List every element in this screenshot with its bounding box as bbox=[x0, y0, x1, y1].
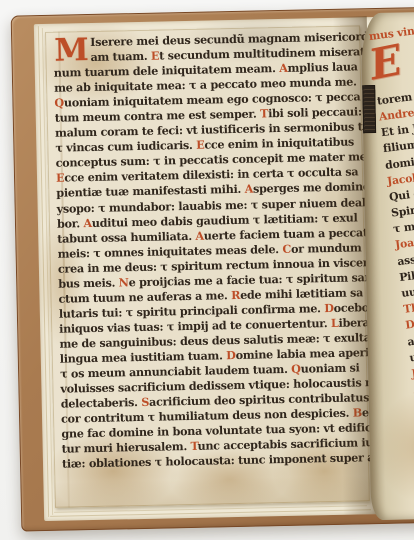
rubric-text: A bbox=[195, 228, 204, 242]
book-photo: M Iserere mei deus secundũ magnam miseri… bbox=[0, 0, 414, 540]
rubric-text: Andre bbox=[378, 106, 414, 123]
rubric-text: mus vinculo bbox=[368, 21, 414, 43]
rubric-text: Q bbox=[291, 362, 301, 376]
ink-text: bor. bbox=[57, 216, 84, 231]
page-stain bbox=[375, 391, 414, 503]
rubric-text: A bbox=[83, 216, 92, 230]
rubric-text: Joan bbox=[394, 236, 414, 252]
rubric-text: Thom bbox=[403, 299, 414, 316]
drop-cap-initial: M bbox=[54, 36, 89, 66]
rubric-text: D bbox=[405, 318, 414, 332]
ink-text: bus meis. bbox=[58, 275, 119, 290]
rubric-text: D bbox=[226, 348, 236, 362]
rubric-text: R bbox=[231, 288, 240, 302]
ink-text: delectaberis. bbox=[61, 395, 142, 411]
book: M Iserere mei deus secundũ magnam miseri… bbox=[11, 7, 414, 532]
ink-text: tur muri hierusalem. bbox=[62, 439, 191, 456]
rubric-text: A bbox=[279, 61, 288, 75]
ink-text: Et in Je bbox=[380, 121, 414, 139]
right-page-text: mus vinculotorem ceAndreEt in Jefilium e… bbox=[368, 14, 414, 495]
left-page-text: M Iserere mei deus secundũ magnam miseri… bbox=[53, 29, 364, 472]
ink-text: τ vincas cum iudicaris. bbox=[55, 138, 196, 155]
left-page: M Iserere mei deus secundũ magnam miseri… bbox=[45, 25, 370, 507]
rubric-text: D bbox=[324, 301, 334, 315]
rubric-text: E bbox=[196, 138, 205, 152]
rubric-text: A bbox=[245, 182, 254, 196]
woodcut-initial-block bbox=[362, 85, 376, 133]
rubric-text: E bbox=[151, 49, 160, 63]
rubric-text: Jacobu bbox=[386, 170, 414, 188]
ink-text: tabunt ossa humiliata. bbox=[57, 228, 195, 245]
ink-text: am tuam. bbox=[90, 49, 151, 64]
